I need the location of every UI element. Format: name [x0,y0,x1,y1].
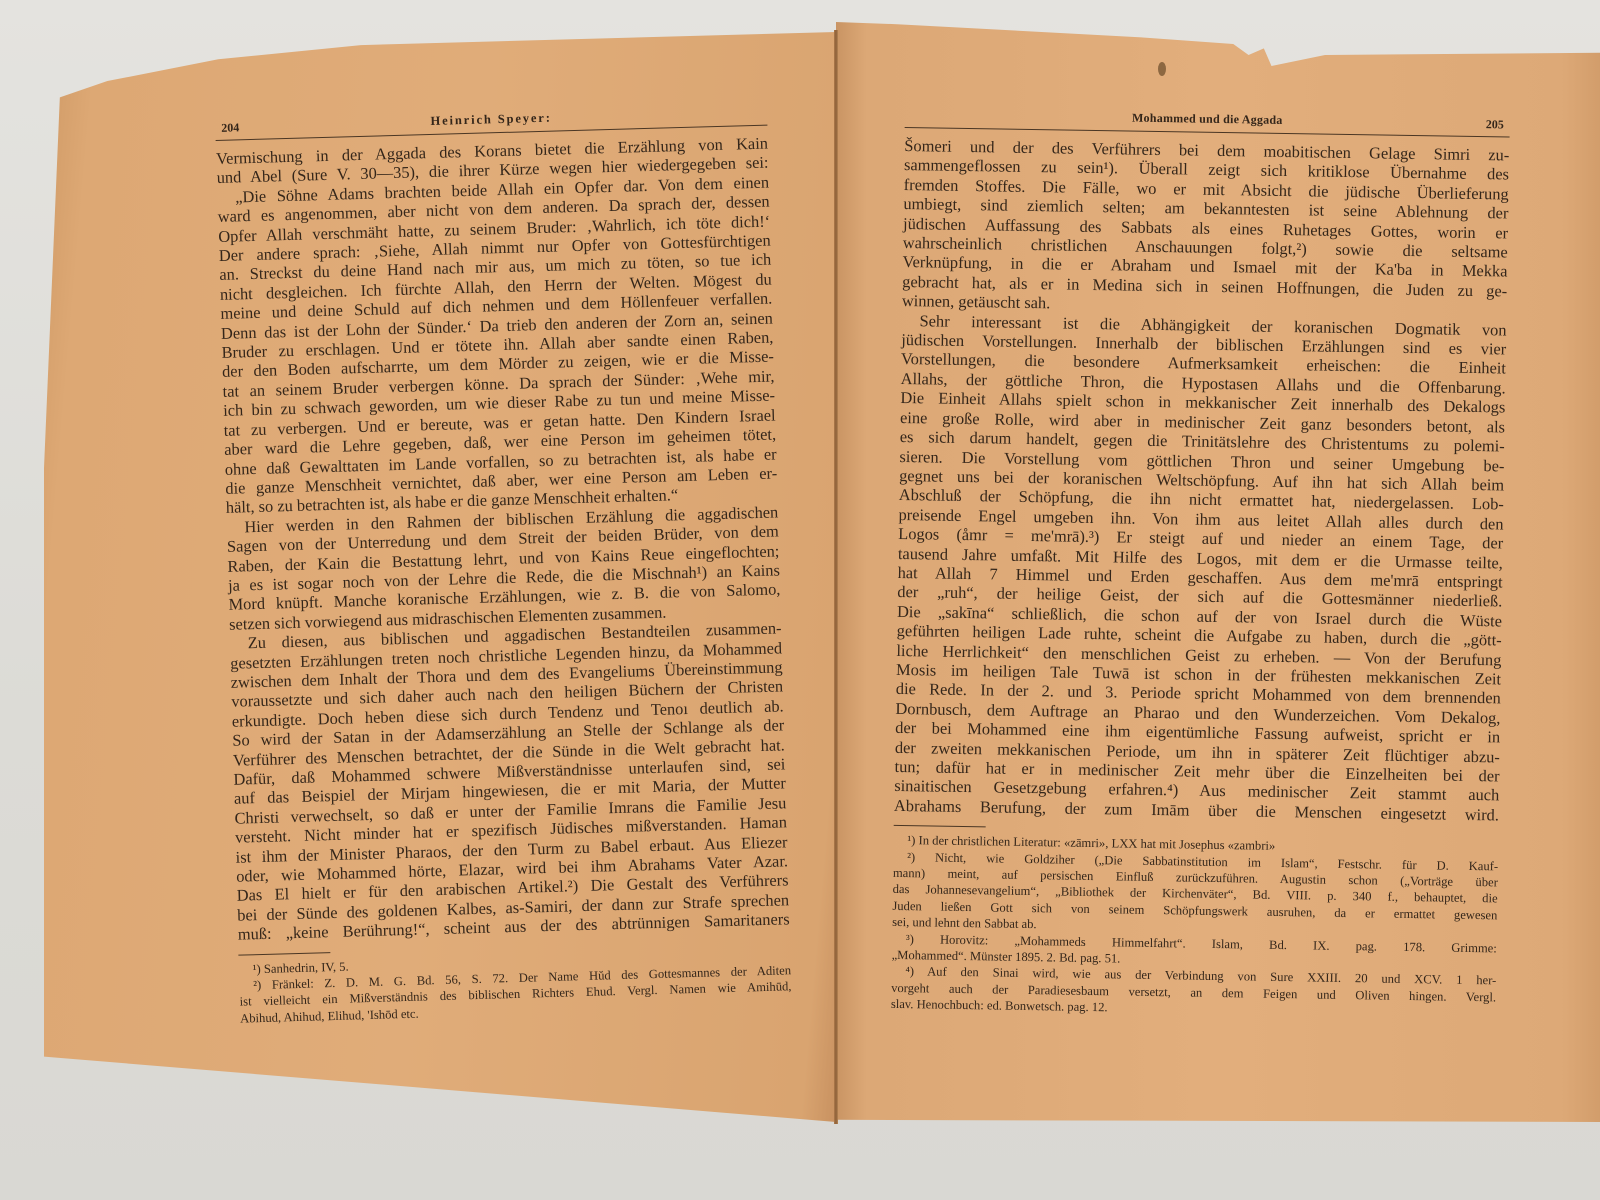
left-footnote-rule [238,952,330,956]
open-book: Heinrich Speyer: 204 Vermischung in der … [0,0,1600,1200]
paper-stain [1158,62,1166,76]
right-page-text: Mohammed und die Aggada 205 Šomeri und d… [891,105,1510,1022]
book-spine [834,30,838,1124]
right-body-text: Šomeri und der des Verführers bei dem mo… [894,136,1510,825]
right-page-number: 205 [1486,115,1504,135]
right-footnotes: ¹) In der christlichen Literatur: «zāmri… [891,832,1499,1022]
left-page-number: 204 [221,118,240,138]
left-page-text: Heinrich Speyer: 204 Vermischung in der … [215,103,792,1027]
right-footnote-rule [894,825,986,827]
left-body-text: Vermischung in der Aggada des Korans bie… [216,134,790,945]
